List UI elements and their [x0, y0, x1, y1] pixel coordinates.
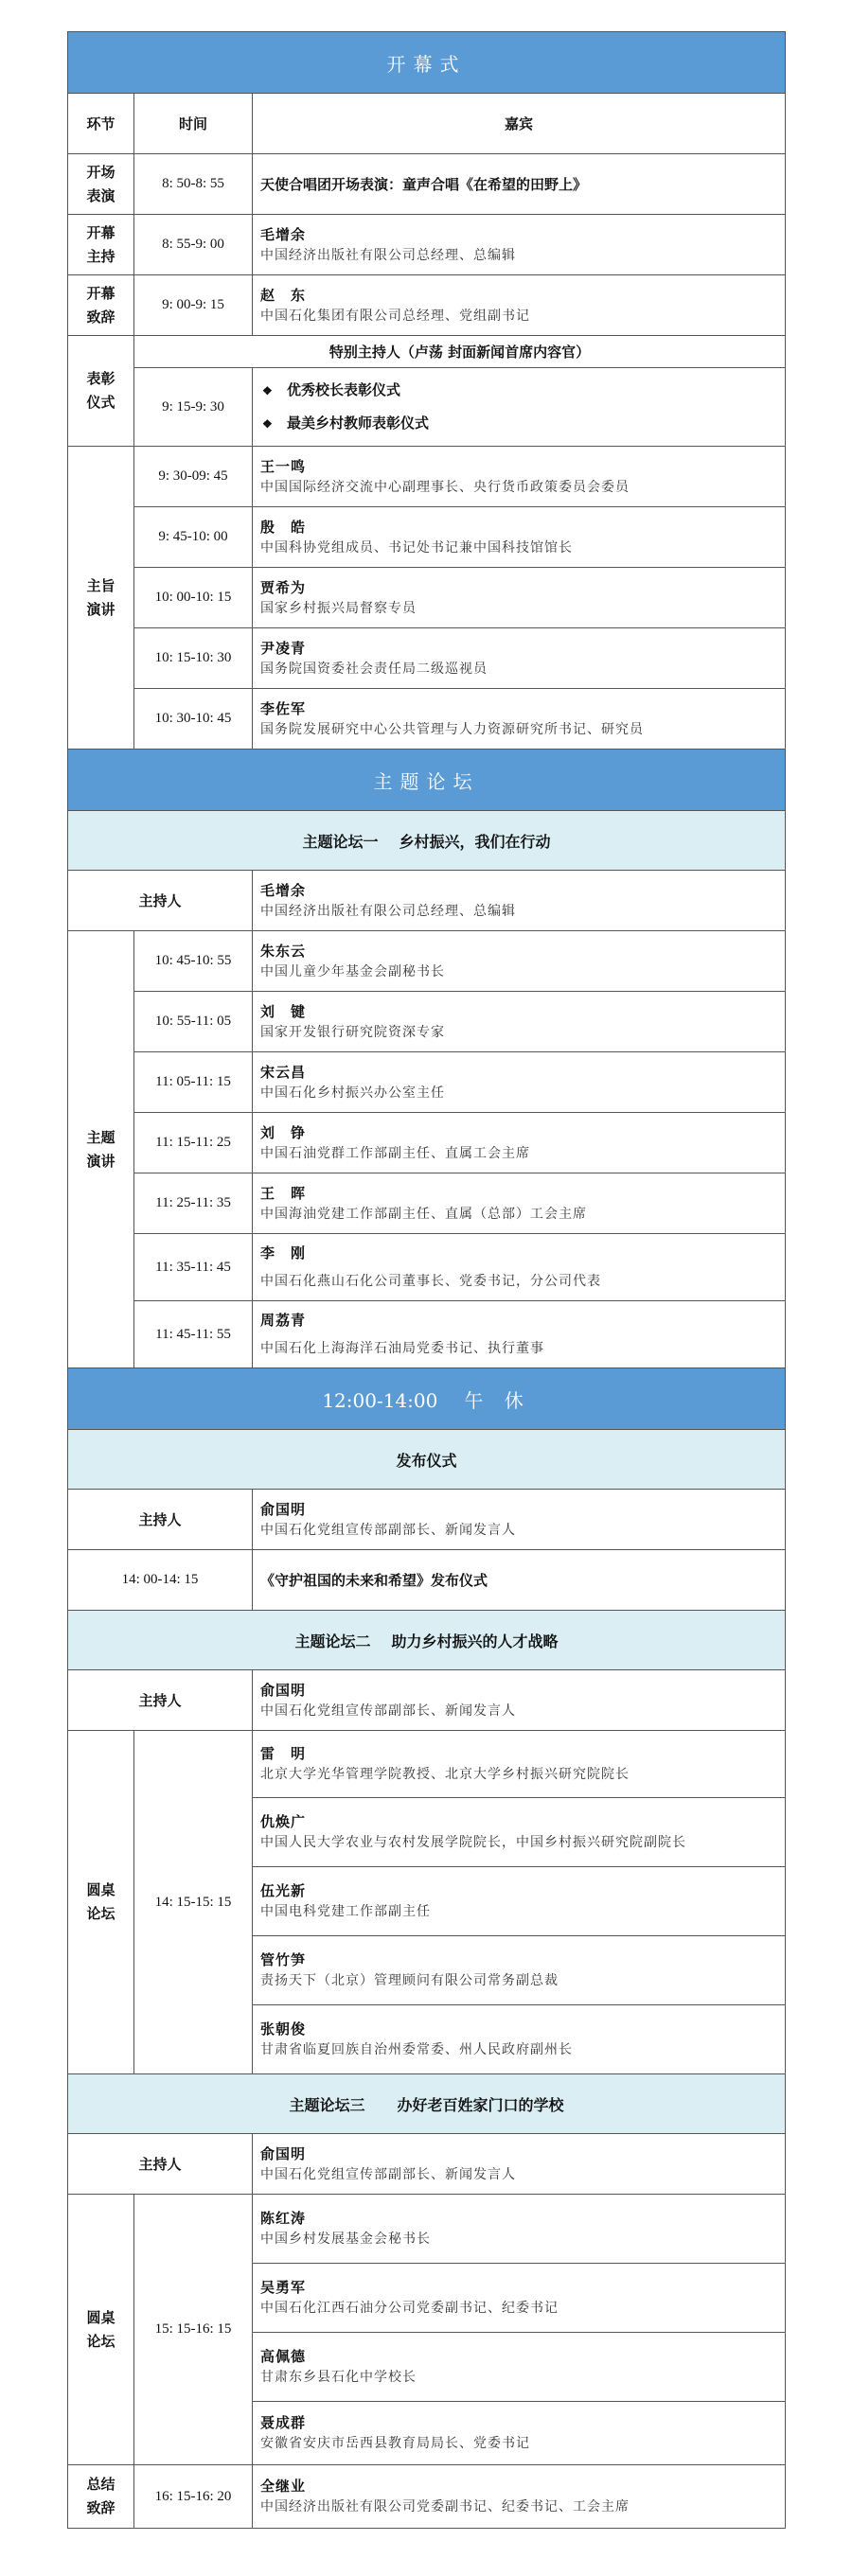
guest-title: 中国石化党组宣传部副部长、新闻发言人	[260, 1520, 785, 1541]
guest-cell: 高佩德甘肃东乡县石化中学校长	[253, 2333, 786, 2402]
guest-cell: 雷 明北京大学光华管理学院教授、北京大学乡村振兴研究院院长	[253, 1731, 786, 1798]
time-slot: 14: 00-14: 15	[68, 1550, 253, 1611]
guest-cell: 陈红涛中国乡村发展基金会秘书长	[253, 2195, 786, 2264]
table-row: 11: 35-11: 45 李 刚中国石化燕山石化公司董事长、党委书记，分公司代…	[68, 1234, 786, 1301]
column-header-guest: 嘉宾	[253, 94, 786, 154]
guest-name: 俞国明	[260, 1499, 785, 1520]
guest-name: 俞国明	[260, 1680, 785, 1701]
table-row: 圆桌论坛 15: 15-16: 15 陈红涛中国乡村发展基金会秘书长	[68, 2195, 786, 2264]
stage-label: 圆桌论坛	[68, 2195, 134, 2465]
guest-cell: 王一鸣中国国际经济交流中心副理事长、央行货币政策委员会委员	[253, 447, 786, 507]
guest-title: 中国海油党建工作部副主任、直属（总部）工会主席	[260, 1204, 785, 1225]
time-slot: 10: 30-10: 45	[134, 689, 253, 750]
time-slot: 11: 35-11: 45	[134, 1234, 253, 1301]
column-header-stage: 环节	[68, 94, 134, 154]
guest-title: 中国石化上海海洋石油局党委书记、执行董事	[260, 1338, 785, 1359]
guest-cell: 仇焕广中国人民大学农业与农村发展学院院长，中国乡村振兴研究院副院长	[253, 1798, 786, 1867]
section-header-forum: 主题论坛	[68, 750, 786, 811]
guest-cell: 李佐军国务院发展研究中心公共管理与人力资源研究所书记、研究员	[253, 689, 786, 750]
time-slot: 11: 15-11: 25	[134, 1113, 253, 1173]
guest-title: 中国石化集团有限公司总经理、党组副书记	[260, 306, 785, 326]
table-row: 圆桌论坛 14: 15-15: 15 雷 明北京大学光华管理学院教授、北京大学乡…	[68, 1731, 786, 1798]
guest-name: 尹凌青	[260, 638, 785, 659]
guest-title: 安徽省安庆市岳西县教育局局长、党委书记	[260, 2433, 785, 2454]
time-slot: 10: 45-10: 55	[134, 931, 253, 992]
guest-title: 中国石化党组宣传部副部长、新闻发言人	[260, 1701, 785, 1721]
time-slot: 10: 55-11: 05	[134, 992, 253, 1052]
table-row: 10: 15-10: 30 尹凌青国务院国资委社会责任局二级巡视员	[68, 628, 786, 689]
guest-cell: 朱东云中国儿童少年基金会副秘书长	[253, 931, 786, 992]
guest-cell: 俞国明中国石化党组宣传部副部长、新闻发言人	[253, 1670, 786, 1731]
guest-cell: 王 晖中国海油党建工作部副主任、直属（总部）工会主席	[253, 1173, 786, 1234]
guest-cell: 尹凌青国务院国资委社会责任局二级巡视员	[253, 628, 786, 689]
performance-text: 天使合唱团开场表演：童声合唱《在希望的田野上》	[253, 154, 786, 215]
host-label: 主持人	[68, 1490, 253, 1550]
table-row: 11: 05-11: 15 宋云昌中国石化乡村振兴办公室主任	[68, 1052, 786, 1113]
guest-title: 中国经济出版社有限公司总经理、总编辑	[260, 245, 785, 266]
guest-title: 国务院发展研究中心公共管理与人力资源研究所书记、研究员	[260, 719, 785, 740]
time-slot: 11: 45-11: 55	[134, 1301, 253, 1368]
guest-cell: 李 刚中国石化燕山石化公司董事长、党委书记，分公司代表	[253, 1234, 786, 1301]
stage-label: 主题演讲	[68, 931, 134, 1368]
table-row: 9: 15-9: 30 ❖优秀校长表彰仪式 ❖最美乡村教师表彰仪式	[68, 368, 786, 447]
guest-title: 中国石油党群工作部副主任、直属工会主席	[260, 1143, 785, 1164]
guest-title: 国务院国资委社会责任局二级巡视员	[260, 659, 785, 679]
table-row: 主持人 俞国明中国石化党组宣传部副部长、新闻发言人	[68, 1490, 786, 1550]
stage-label: 开幕致辞	[68, 275, 134, 336]
guest-title: 中国石化江西石油分公司党委副书记、纪委书记	[260, 2298, 785, 2319]
guest-name: 王 晖	[260, 1183, 785, 1204]
guest-name: 伍光新	[260, 1880, 785, 1901]
forum3-header: 主题论坛三办好老百姓家门口的学校	[68, 2074, 786, 2134]
guest-name: 刘 铮	[260, 1122, 785, 1143]
stage-label: 主旨演讲	[68, 447, 134, 750]
guest-cell: 刘 铮中国石油党群工作部副主任、直属工会主席	[253, 1113, 786, 1173]
stage-label: 圆桌论坛	[68, 1731, 134, 2074]
time-slot: 11: 05-11: 15	[134, 1052, 253, 1113]
guest-name: 雷 明	[260, 1743, 785, 1764]
table-row: 主题演讲 10: 45-10: 55 朱东云中国儿童少年基金会副秘书长	[68, 931, 786, 992]
guest-cell: 宋云昌中国石化乡村振兴办公室主任	[253, 1052, 786, 1113]
table-row: 表彰仪式 特别主持人（卢荡 封面新闻首席内容官）	[68, 336, 786, 368]
time-slot: 10: 15-10: 30	[134, 628, 253, 689]
guest-cell: 殷 皓中国科协党组成员、书记处书记兼中国科技馆馆长	[253, 507, 786, 568]
stage-label: 开场表演	[68, 154, 134, 215]
guest-name: 毛增余	[260, 880, 785, 901]
column-header-time: 时间	[134, 94, 253, 154]
table-row: 总结致辞 16: 15-16: 20 全继业中国经济出版社有限公司党委副书记、纪…	[68, 2465, 786, 2529]
table-row: 开场表演 8: 50-8: 55 天使合唱团开场表演：童声合唱《在希望的田野上》	[68, 154, 786, 215]
guest-cell: 聂成群安徽省安庆市岳西县教育局局长、党委书记	[253, 2402, 786, 2465]
guest-cell: 张朝俊甘肃省临夏回族自治州委常委、州人民政府副州长	[253, 2005, 786, 2074]
guest-cell: 赵 东中国石化集团有限公司总经理、党组副书记	[253, 275, 786, 336]
guest-title: 中国科协党组成员、书记处书记兼中国科技馆馆长	[260, 538, 785, 558]
forum1-header: 主题论坛一乡村振兴，我们在行动	[68, 811, 786, 871]
guest-name: 全继业	[260, 2476, 785, 2497]
table-row: 14: 00-14: 15 《守护祖国的未来和希望》发布仪式	[68, 1550, 786, 1611]
table-row: 10: 00-10: 15 贾希为国家乡村振兴局督察专员	[68, 568, 786, 628]
time-slot: 15: 15-16: 15	[134, 2195, 253, 2465]
guest-name: 贾希为	[260, 577, 785, 598]
table-row: 主持人 俞国明中国石化党组宣传部副部长、新闻发言人	[68, 2134, 786, 2195]
guest-cell: 俞国明中国石化党组宣传部副部长、新闻发言人	[253, 1490, 786, 1550]
time-slot: 8: 50-8: 55	[134, 154, 253, 215]
table-row: 开幕主持 8: 55-9: 00 毛增余中国经济出版社有限公司总经理、总编辑	[68, 215, 786, 275]
guest-cell: 贾希为国家乡村振兴局督察专员	[253, 568, 786, 628]
guest-name: 管竹笋	[260, 1950, 785, 1970]
time-slot: 16: 15-16: 20	[134, 2465, 253, 2529]
guest-cell: 伍光新中国电科党建工作部副主任	[253, 1867, 786, 1936]
time-slot: 9: 15-9: 30	[134, 368, 253, 447]
guest-title: 甘肃东乡县石化中学校长	[260, 2367, 785, 2388]
guest-name: 李佐军	[260, 698, 785, 719]
guest-name: 殷 皓	[260, 517, 785, 538]
diamond-bullet-icon: ❖	[262, 408, 275, 440]
time-slot: 8: 55-9: 00	[134, 215, 253, 275]
forum2-header: 主题论坛二助力乡村振兴的人才战略	[68, 1611, 786, 1670]
guest-cell: 毛增余中国经济出版社有限公司总经理、总编辑	[253, 215, 786, 275]
stage-label: 开幕主持	[68, 215, 134, 275]
guest-name: 刘 键	[260, 1001, 785, 1022]
table-row: 9: 45-10: 00 殷 皓中国科协党组成员、书记处书记兼中国科技馆馆长	[68, 507, 786, 568]
guest-title: 中国经济出版社有限公司总经理、总编辑	[260, 901, 785, 922]
guest-name: 宋云昌	[260, 1062, 785, 1083]
guest-title: 责扬天下（北京）管理顾问有限公司常务副总裁	[260, 1970, 785, 1991]
guest-cell: 刘 键国家开发银行研究院资深专家	[253, 992, 786, 1052]
diamond-bullet-icon: ❖	[262, 375, 275, 407]
host-label: 主持人	[68, 1670, 253, 1731]
table-row: 11: 15-11: 25 刘 铮中国石油党群工作部副主任、直属工会主席	[68, 1113, 786, 1173]
guest-name: 周荔青	[260, 1310, 785, 1331]
guest-name: 陈红涛	[260, 2208, 785, 2229]
guest-title: 中国儿童少年基金会副秘书长	[260, 962, 785, 982]
guest-title: 国家开发银行研究院资深专家	[260, 1022, 785, 1043]
table-row: 主持人 俞国明中国石化党组宣传部副部长、新闻发言人	[68, 1670, 786, 1731]
table-row: 主持人 毛增余中国经济出版社有限公司总经理、总编辑	[68, 871, 786, 931]
release-header: 发布仪式	[68, 1430, 786, 1490]
agenda-table: 开幕式 环节 时间 嘉宾 开场表演 8: 50-8: 55 天使合唱团开场表演：…	[67, 31, 786, 2529]
award-item: 最美乡村教师表彰仪式	[287, 415, 429, 432]
guest-title: 中国石化燕山石化公司董事长、党委书记，分公司代表	[260, 1271, 785, 1292]
guest-name: 赵 东	[260, 285, 785, 306]
guest-title: 甘肃省临夏回族自治州委常委、州人民政府副州长	[260, 2039, 785, 2060]
time-slot: 9: 45-10: 00	[134, 507, 253, 568]
table-row: 主旨演讲 9: 30-09: 45 王一鸣中国国际经济交流中心副理事长、央行货币…	[68, 447, 786, 507]
guest-name: 李 刚	[260, 1243, 785, 1263]
table-row: 开幕致辞 9: 00-9: 15 赵 东中国石化集团有限公司总经理、党组副书记	[68, 275, 786, 336]
guest-name: 高佩德	[260, 2346, 785, 2367]
guest-title: 中国国际经济交流中心副理事长、央行货币政策委员会委员	[260, 477, 785, 498]
time-slot: 11: 25-11: 35	[134, 1173, 253, 1234]
guest-title: 中国人民大学农业与农村发展学院院长，中国乡村振兴研究院副院长	[260, 1832, 785, 1853]
guest-cell: 周荔青中国石化上海海洋石油局党委书记、执行董事	[253, 1301, 786, 1368]
guest-cell: 毛增余中国经济出版社有限公司总经理、总编辑	[253, 871, 786, 931]
table-row: 10: 55-11: 05 刘 键国家开发银行研究院资深专家	[68, 992, 786, 1052]
stage-label: 总结致辞	[68, 2465, 134, 2529]
time-slot: 9: 30-09: 45	[134, 447, 253, 507]
guest-name: 张朝俊	[260, 2019, 785, 2039]
guest-cell: 吴勇军中国石化江西石油分公司党委副书记、纪委书记	[253, 2264, 786, 2333]
guest-cell: 管竹笋责扬天下（北京）管理顾问有限公司常务副总裁	[253, 1936, 786, 2005]
award-list: ❖优秀校长表彰仪式 ❖最美乡村教师表彰仪式	[253, 368, 786, 447]
guest-name: 俞国明	[260, 2144, 785, 2164]
award-item: 优秀校长表彰仪式	[287, 381, 400, 398]
section-header-opening: 开幕式	[68, 32, 786, 94]
section-header-lunch: 12:00-14:00午 休	[68, 1368, 786, 1430]
guest-title: 中国乡村发展基金会秘书长	[260, 2229, 785, 2250]
guest-title: 中国电科党建工作部副主任	[260, 1901, 785, 1922]
time-slot: 14: 15-15: 15	[134, 1731, 253, 2074]
host-label: 主持人	[68, 871, 253, 931]
host-label: 主持人	[68, 2134, 253, 2195]
guest-title: 北京大学光华管理学院教授、北京大学乡村振兴研究院院长	[260, 1764, 785, 1785]
guest-title: 中国石化党组宣传部副部长、新闻发言人	[260, 2164, 785, 2185]
time-slot: 10: 00-10: 15	[134, 568, 253, 628]
special-host: 特别主持人（卢荡 封面新闻首席内容官）	[134, 336, 786, 368]
guest-cell: 俞国明中国石化党组宣传部副部长、新闻发言人	[253, 2134, 786, 2195]
guest-name: 朱东云	[260, 941, 785, 962]
guest-name: 聂成群	[260, 2412, 785, 2433]
release-text: 《守护祖国的未来和希望》发布仪式	[253, 1550, 786, 1611]
guest-name: 王一鸣	[260, 456, 785, 477]
table-row: 11: 45-11: 55 周荔青中国石化上海海洋石油局党委书记、执行董事	[68, 1301, 786, 1368]
table-row: 11: 25-11: 35 王 晖中国海油党建工作部副主任、直属（总部）工会主席	[68, 1173, 786, 1234]
stage-label: 表彰仪式	[68, 336, 134, 447]
time-slot: 9: 00-9: 15	[134, 275, 253, 336]
guest-cell: 全继业中国经济出版社有限公司党委副书记、纪委书记、工会主席	[253, 2465, 786, 2529]
guest-title: 国家乡村振兴局督察专员	[260, 598, 785, 619]
guest-name: 毛增余	[260, 224, 785, 245]
table-row: 10: 30-10: 45 李佐军国务院发展研究中心公共管理与人力资源研究所书记…	[68, 689, 786, 750]
guest-name: 仇焕广	[260, 1811, 785, 1832]
guest-title: 中国石化乡村振兴办公室主任	[260, 1083, 785, 1103]
guest-title: 中国经济出版社有限公司党委副书记、纪委书记、工会主席	[260, 2497, 785, 2517]
guest-name: 吴勇军	[260, 2277, 785, 2298]
